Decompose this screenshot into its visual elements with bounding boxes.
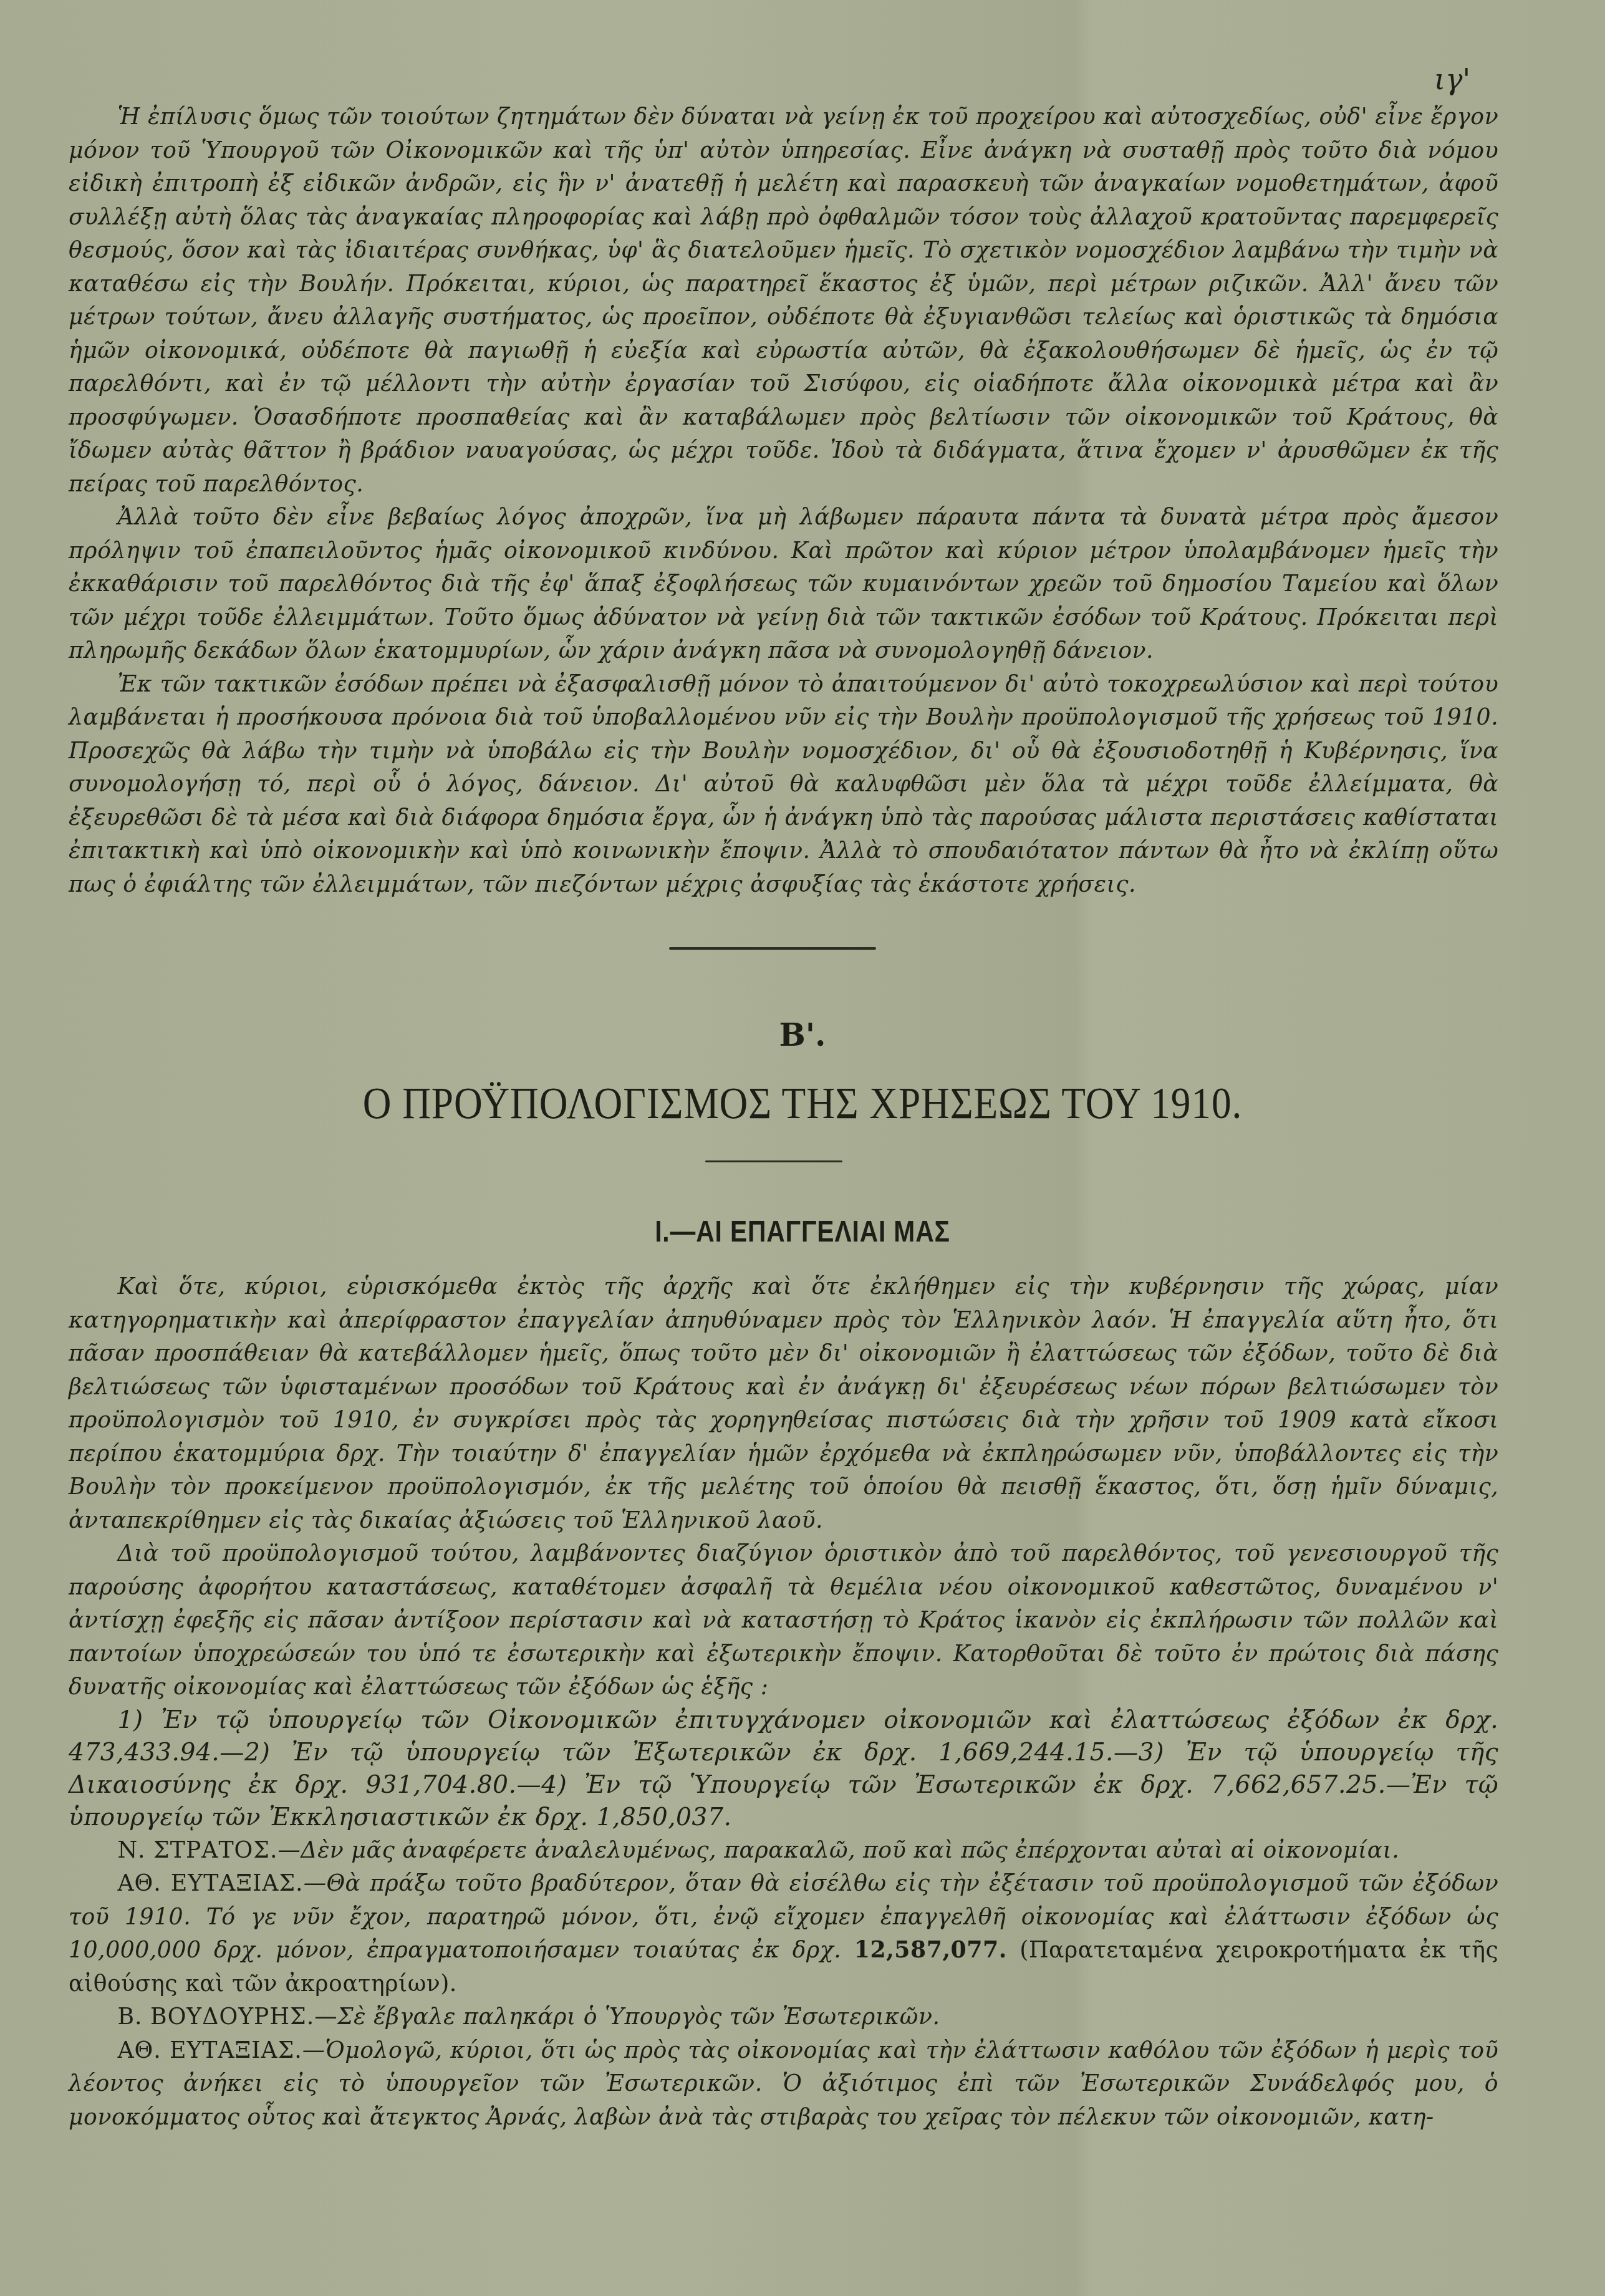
- dialogue-stratos: Ν. ΣΤΡΑΤΟΣ.—Δὲν μᾶς ἀναφέρετε ἀναλελυμέν…: [69, 1833, 1498, 1867]
- paragraph: Διὰ τοῦ προϋπολογισμοῦ τούτου, λαμβάνοντ…: [69, 1536, 1498, 1704]
- separator-rule: [669, 947, 876, 950]
- savings-list: 1) Ἐν τῷ ὑπουργείῳ τῶν Οἰκονομικῶν ἐπιτυ…: [69, 1704, 1498, 1833]
- section-letter: Β'.: [0, 1016, 1605, 1053]
- speaker-name: ΑΘ. ΕΥΤΑΞΙΑΣ.: [117, 2037, 302, 2063]
- paragraph: Ἡ ἐπίλυσις ὅμως τῶν τοιούτων ζητημάτων δ…: [69, 100, 1498, 500]
- part1-text: Ἡ ἐπίλυσις ὅμως τῶν τοιούτων ζητημάτων δ…: [69, 100, 1498, 900]
- section-subtitle: I.—ΑΙ ΕΠΑΓΓΕΛΙΑΙ ΜΑΣ: [120, 1215, 1485, 1249]
- section-title: Ο ΠΡΟΫΠΟΛΟΓΙΣΜΟΣ ΤΗΣ ΧΡΗΣΕΩΣ ΤΟΥ 1910.: [96, 1078, 1508, 1129]
- speech-text: —Δὲν μᾶς ἀναφέρετε ἀναλελυμένως, παρακαλ…: [277, 1836, 1399, 1863]
- speaker-name: Β. ΒΟΥΔΟΥΡΗΣ.: [117, 2003, 314, 2030]
- paragraph: Καὶ ὅτε, κύριοι, εὑρισκόμεθα ἐκτὸς τῆς ἀ…: [69, 1270, 1498, 1536]
- speaker-name: Ν. ΣΤΡΑΤΟΣ.: [117, 1836, 277, 1863]
- paragraph: Ἀλλὰ τοῦτο δὲν εἶνε βεβαίως λόγος ἀποχρῶ…: [69, 500, 1498, 667]
- dialogue-eftaxias-1: ΑΘ. ΕΥΤΑΞΙΑΣ.—Θὰ πράξω τοῦτο βραδύτερον,…: [69, 1866, 1498, 2000]
- dialogue-eftaxias-2: ΑΘ. ΕΥΤΑΞΙΑΣ.—Ὁμολογῶ, κύριοι, ὅτι ὡς πρ…: [69, 2033, 1498, 2134]
- part2-text: Καὶ ὅτε, κύριοι, εὑρισκόμεθα ἐκτὸς τῆς ἀ…: [69, 1270, 1498, 2133]
- total-savings-amount: 12,587,077.: [854, 1936, 1007, 1963]
- dialogue-voudouris: Β. ΒΟΥΔΟΥΡΗΣ.—Σὲ ἔβγαλε παληκάρι ὁ Ὑπουρ…: [69, 2000, 1498, 2033]
- speaker-name: ΑΘ. ΕΥΤΑΞΙΑΣ.: [117, 1869, 303, 1896]
- paragraph: Ἐκ τῶν τακτικῶν ἐσόδων πρέπει νὰ ἐξασφαλ…: [69, 667, 1498, 901]
- separator-rule: [705, 1160, 842, 1162]
- page-number: ιγ': [1434, 62, 1470, 96]
- speech-text: —Σὲ ἔβγαλε παληκάρι ὁ Ὑπουργὸς τῶν Ἐσωτε…: [314, 2003, 940, 2030]
